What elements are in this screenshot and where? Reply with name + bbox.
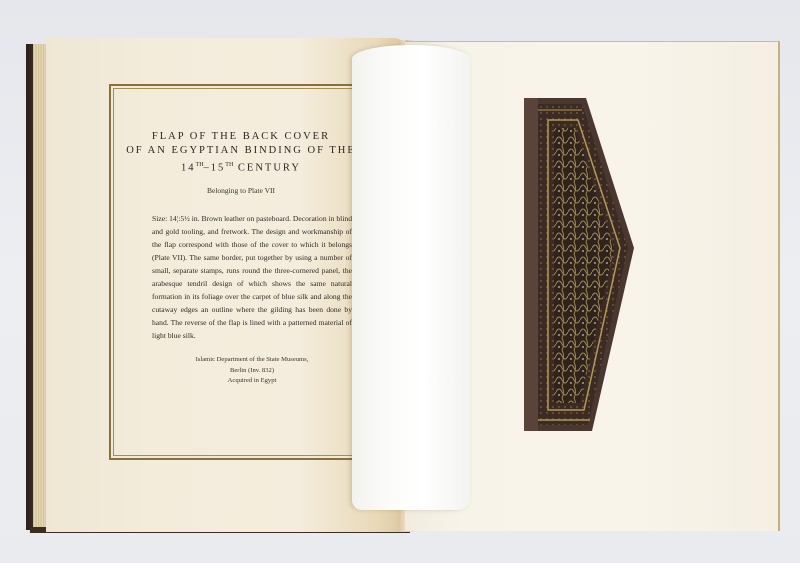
caption-credits: Islamic Department of the State Museums,… xyxy=(140,355,364,387)
caption-title: FLAP OF THE BACK COVER OF AN EGYPTIAN BI… xyxy=(118,130,364,176)
open-book-photo: FLAP OF THE BACK COVER OF AN EGYPTIAN BI… xyxy=(0,0,800,563)
century-line: 14TH–15TH CENTURY xyxy=(118,158,364,176)
tissue-guard-sheet xyxy=(352,45,470,510)
plate-caption: FLAP OF THE BACK COVER OF AN EGYPTIAN BI… xyxy=(118,92,364,448)
caption-subtitle: Belonging to Plate VII xyxy=(118,186,364,195)
leather-flap-plate-image xyxy=(520,98,634,431)
caption-body: Size: 14¦:5½ in. Brown leather on pasteb… xyxy=(152,212,352,343)
